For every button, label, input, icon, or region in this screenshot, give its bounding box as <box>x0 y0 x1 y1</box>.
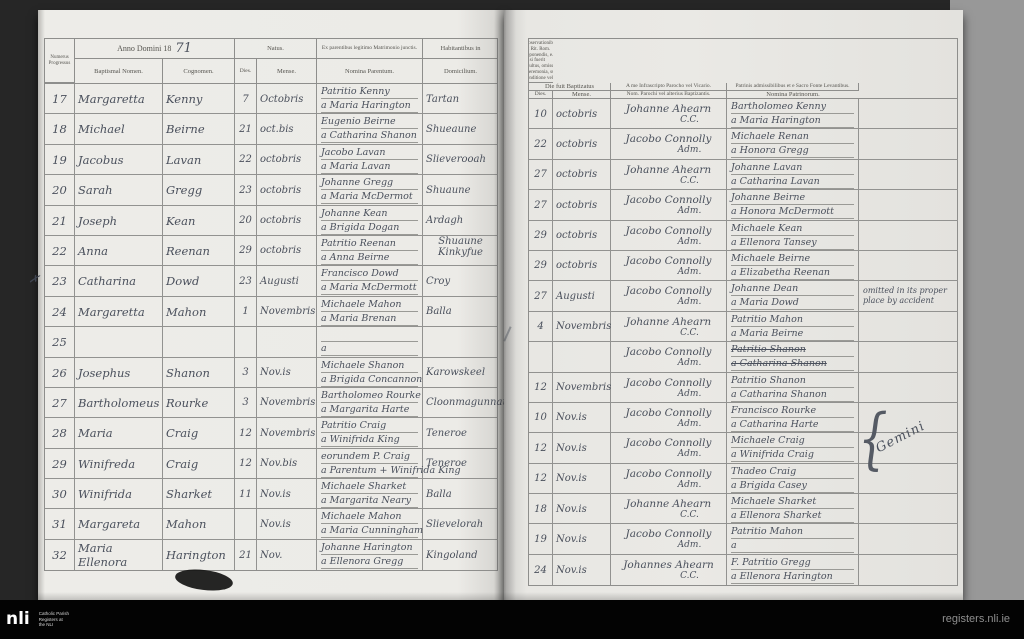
priest-name: Jacobo Connolly <box>626 528 712 540</box>
entry-number: 27 <box>45 388 75 418</box>
sponsor-2: a Maria Beirne <box>731 327 854 341</box>
birth-day: 1 <box>235 297 257 327</box>
domicile: Ardagh <box>423 206 498 236</box>
father-name: Jacobo Lavan <box>321 146 418 160</box>
baptism-day <box>529 342 553 372</box>
domicile-line: Karowskeel <box>426 367 485 378</box>
observations <box>859 221 958 251</box>
domicile-line: Balla <box>426 489 452 500</box>
sponsor-2: a Honora McDermott <box>731 205 854 219</box>
margin-cross-mark: ✗ <box>28 271 41 287</box>
mother-name: a Brigida Concannon <box>321 373 418 387</box>
parents-names: eorundem P. Craiga Parentum + Winifrida … <box>317 449 423 479</box>
domicile: ShuauneKinkyfue <box>423 236 498 266</box>
birth-day: 23 <box>235 175 257 205</box>
observation-note-line: place by accident <box>863 296 934 306</box>
mother-name: a Winifrida King <box>321 433 418 447</box>
baptismal-name: Maria Ellenora <box>75 540 163 570</box>
col-header-sponsor-sub: Nomina Patrinorum. <box>727 91 859 98</box>
register-row-left: 24MargarettaMahon1NovembrisMichaele Maho… <box>45 297 498 327</box>
mother-name: a Margarita Neary <box>321 494 418 508</box>
register-row-left: 30WinifridaSharket11Nov.isMichaele Shark… <box>45 479 498 509</box>
birth-day: 20 <box>235 206 257 236</box>
sponsors-names: Bartholomeo Kennya Maria Harington <box>727 99 859 129</box>
baptism-day: 10 <box>529 99 553 129</box>
baptizing-priest: Johanne AhearnC.C. <box>611 99 727 129</box>
priest-name: Jacobo Connolly <box>626 225 712 237</box>
priest-title: Adm. <box>678 480 702 490</box>
register-row-left: 22AnnaReenan29octobrisPatritio Reenana A… <box>45 236 498 266</box>
sponsor-1: Patritio Mahon <box>731 313 854 327</box>
domicile: Croy <box>423 266 498 296</box>
priest-title: Adm. <box>678 237 702 247</box>
parents-names: Michaele Mahona Maria Brenan <box>317 297 423 327</box>
baptizing-priest: Jacobo ConnollyAdm. <box>611 373 727 403</box>
priest-name: Jacobo Connolly <box>626 407 712 419</box>
sponsors-names: Patritio Shanona Catharina Shanon <box>727 342 859 372</box>
nli-caption-line: Catholic Parish <box>39 611 69 617</box>
baptism-day: 4 <box>529 312 553 342</box>
baptismal-name: Josephus <box>75 358 163 388</box>
mother-name: a Maria McDermott <box>321 281 418 295</box>
birth-month: Nov. <box>257 540 317 570</box>
register-row-right: 19Nov.isJacobo ConnollyAdm.Patritio Maho… <box>529 524 958 554</box>
entry-number: 26 <box>45 358 75 388</box>
col-header-nomina-parentum: Nomina Parentum. <box>317 59 423 83</box>
right-table-body: 10octobrisJohanne AhearnC.C.Bartholomeo … <box>529 99 957 585</box>
birth-day: 21 <box>235 114 257 144</box>
sponsor-1: F. Patritio Gregg <box>731 556 854 570</box>
birth-day: 22 <box>235 145 257 175</box>
observations <box>859 312 958 342</box>
cognomen <box>163 327 235 357</box>
cognomen: Mahon <box>163 297 235 327</box>
nli-logo-caption: Catholic Parish Registers at the NLI <box>39 611 69 628</box>
sponsors-names: Michaele Renana Honora Gregg <box>727 129 859 159</box>
parents-names: Johanne Haringtona Ellenora Gregg <box>317 540 423 570</box>
entry-number: 17 <box>45 84 75 114</box>
sponsors-names: Patritio Mahona Maria Beirne <box>727 312 859 342</box>
domicile: Cloonmagunnaune <box>423 388 498 418</box>
domicile: Teneroe <box>423 449 498 479</box>
col-header-habit-group: Habitantibus in <box>423 39 498 59</box>
domicile-line: Balla <box>426 306 452 317</box>
baptismal-name: Bartholomeus <box>75 388 163 418</box>
register-row-left: 31MargaretaMahonNov.isMichaele Mahona Ma… <box>45 509 498 539</box>
left-page: Numerus Progressus Anno Domini 18 71 Nat… <box>38 10 504 600</box>
register-row-left: 18MichaelBeirne21oct.bisEugenio Beirnea … <box>45 114 498 144</box>
col-header-cognomen: Cognomen. <box>163 59 235 83</box>
observations <box>859 251 958 281</box>
sponsors-names: Johanne Beirnea Honora McDermott <box>727 190 859 220</box>
birth-day: 12 <box>235 449 257 479</box>
cognomen: Beirne <box>163 114 235 144</box>
baptism-month: octobris <box>553 129 611 159</box>
register-row-right: 27octobrisJohanne AhearnC.C.Johanne Lava… <box>529 160 958 190</box>
parents-names: Michaele Shanona Brigida Concannon <box>317 358 423 388</box>
register-row-left: 17MargarettaKenny7OctobrisPatritio Kenny… <box>45 84 498 114</box>
domicile: Balla <box>423 479 498 509</box>
priest-name: Jacobo Connolly <box>626 255 712 267</box>
baptismal-name: Joseph <box>75 206 163 236</box>
baptismal-name: Margaretta <box>75 84 163 114</box>
baptism-month: Novembris <box>553 373 611 403</box>
priest-name: Johanne Ahearn <box>626 316 711 328</box>
domicile-line: Teneroe <box>426 458 467 469</box>
register-row-right: 29octobrisJacobo ConnollyAdm.Michaele Be… <box>529 251 958 281</box>
priest-title: C.C. <box>680 176 699 186</box>
register-row-right: 24Nov.isJohannes AhearnC.C.F. Patritio G… <box>529 555 958 585</box>
father-name: Johanne Gregg <box>321 176 418 190</box>
baptism-month: octobris <box>553 221 611 251</box>
priest-name: Jacobo Connolly <box>626 285 712 297</box>
register-scan: Numerus Progressus Anno Domini 18 71 Nat… <box>0 0 1024 639</box>
baptizing-priest: Johannes AhearnC.C. <box>611 555 727 585</box>
domicile-line: Slievelorah <box>426 519 483 530</box>
priest-title: Adm. <box>678 297 702 307</box>
mother-name: a Brigida Dogan <box>321 221 418 235</box>
baptizing-priest: Jacobo ConnollyAdm. <box>611 190 727 220</box>
entry-number: 28 <box>45 418 75 448</box>
domicile-line: Slieverooah <box>426 154 486 165</box>
sponsors-names: Michaele Sharketa Ellenora Sharket <box>727 494 859 524</box>
domicile-line: Shuaune <box>426 185 471 196</box>
entry-number: 18 <box>45 114 75 144</box>
sponsor-2: a Maria Harington <box>731 114 854 128</box>
baptism-day: 18 <box>529 494 553 524</box>
domicile: Balla <box>423 297 498 327</box>
priest-name: Jacobo Connolly <box>626 377 712 389</box>
domicile-line: Kinkyfue <box>438 247 483 258</box>
sponsors-names: Patritio Mahona <box>727 524 859 554</box>
mother-name: a Ellenora Gregg <box>321 555 418 569</box>
watermark-url: registers.nli.ie <box>942 613 1010 625</box>
mother-name: a Anna Beirne <box>321 251 418 265</box>
baptism-month: Nov.is <box>553 403 611 433</box>
baptismal-name <box>75 327 163 357</box>
parents-names: Johanne Keana Brigida Dogan <box>317 206 423 236</box>
mother-name: a Maria McDermot <box>321 190 418 204</box>
priest-name: Johanne Ahearn <box>626 498 711 510</box>
priest-title: Adm. <box>678 145 702 155</box>
birth-day <box>235 327 257 357</box>
col-header-bapt-mense: Mense. <box>553 91 611 98</box>
father-name: Johanne Harington <box>321 541 418 555</box>
mother-name: a Margarita Harte <box>321 403 418 417</box>
parents-names: Bartholomeo Rourkea Margarita Harte <box>317 388 423 418</box>
father-name: Eugenio Beirne <box>321 115 418 129</box>
col-header-natus: Natus. <box>235 39 317 59</box>
birth-month: Octobris <box>257 84 317 114</box>
baptismal-name: Jacobus <box>75 145 163 175</box>
birth-month: octobris <box>257 175 317 205</box>
priest-name: Johannes Ahearn <box>623 559 714 571</box>
baptizing-priest: Jacobo ConnollyAdm. <box>611 464 727 494</box>
baptism-day: 27 <box>529 190 553 220</box>
sponsor-2: a Ellenora Harington <box>731 570 854 584</box>
sponsor-1: Michaele Beirne <box>731 252 854 266</box>
baptizing-priest: Jacobo ConnollyAdm. <box>611 251 727 281</box>
priest-name: Johanne Ahearn <box>626 103 711 115</box>
birth-month: oct.bis <box>257 114 317 144</box>
observation-note-line: omitted in its proper <box>863 286 947 296</box>
domicile-line: Ardagh <box>426 215 463 226</box>
register-row-left: 28MariaCraig12NovembrisPatritio Craiga W… <box>45 418 498 448</box>
sponsor-2: a Honora Gregg <box>731 144 854 158</box>
register-row-right: 12Nov.isJacobo ConnollyAdm.Thadeo Craiga… <box>529 464 958 494</box>
domicile: Slievelorah <box>423 509 498 539</box>
register-row-right: 18Nov.isJohanne AhearnC.C.Michaele Shark… <box>529 494 958 524</box>
baptizing-priest: Jacobo ConnollyAdm. <box>611 221 727 251</box>
register-row-right: 10Nov.isJacobo ConnollyAdm.Francisco Rou… <box>529 403 958 433</box>
baptismal-name: Catharina <box>75 266 163 296</box>
sponsor-2: a Catharina Shanon <box>731 388 854 402</box>
birth-day: 12 <box>235 418 257 448</box>
col-header-sponsor-group: Patrinis admissibilibus et e Sacro Fonte… <box>727 83 859 91</box>
observations <box>859 464 958 494</box>
priest-name: Jacobo Connolly <box>626 133 712 145</box>
col-header-numerus: Numerus Progressus <box>45 39 75 83</box>
col-header-domicilium: Domicilium. <box>423 59 498 83</box>
sponsor-1: Johanne Beirne <box>731 191 854 205</box>
baptism-month: octobris <box>553 190 611 220</box>
priest-title: Adm. <box>678 206 702 216</box>
register-row-right: 27octobrisJacobo ConnollyAdm.Johanne Bei… <box>529 190 958 220</box>
col-header-observations: Observationibus ex Rit. Rom. apponendis,… <box>529 39 553 83</box>
baptismal-name: Margaretta <box>75 297 163 327</box>
nli-logo: nli Catholic Parish Registers at the NLI <box>6 611 69 628</box>
register-row-left: 19JacobusLavan22octobrisJacobo Lavana Ma… <box>45 145 498 175</box>
baptism-month: octobris <box>553 99 611 129</box>
baptizing-priest: Johanne AhearnC.C. <box>611 160 727 190</box>
observations <box>859 129 958 159</box>
baptism-day: 24 <box>529 555 553 585</box>
observations <box>859 494 958 524</box>
observations <box>859 99 958 129</box>
col-header-priest-group: A me Infrascripto Parocho vel Vicario. <box>611 83 727 91</box>
baptism-day: 29 <box>529 251 553 281</box>
baptism-month: Nov.is <box>553 555 611 585</box>
register-row-right: 22octobrisJacobo ConnollyAdm.Michaele Re… <box>529 129 958 159</box>
parents-names: Patritio Reenana Anna Beirne <box>317 236 423 266</box>
domicile-line: Tartan <box>426 94 459 105</box>
sponsor-1: Michaele Renan <box>731 130 854 144</box>
priest-title: Adm. <box>678 267 702 277</box>
entry-number: 20 <box>45 175 75 205</box>
baptism-month: Nov.is <box>553 464 611 494</box>
baptizing-priest: Jacobo ConnollyAdm. <box>611 281 727 311</box>
father-name: Francisco Dowd <box>321 267 418 281</box>
sponsors-names: Johanne Deana Maria Dowd <box>727 281 859 311</box>
father-name: Patritio Reenan <box>321 237 418 251</box>
parents-names: Patritio Kennya Maria Harington <box>317 84 423 114</box>
col-header-bapt-dies: Dies. <box>529 91 553 98</box>
birth-month: Nov.is <box>257 479 317 509</box>
sponsors-names: Johanne Lavana Catharina Lavan <box>727 160 859 190</box>
cognomen: Reenan <box>163 236 235 266</box>
sponsor-1: Francisco Rourke <box>731 404 854 418</box>
entry-number: 25 <box>45 327 75 357</box>
birth-month: Novembris <box>257 418 317 448</box>
baptism-month: Augusti <box>553 281 611 311</box>
baptismal-name: Sarah <box>75 175 163 205</box>
baptism-month: Nov.is <box>553 524 611 554</box>
left-table-header: Numerus Progressus Anno Domini 18 71 Nat… <box>45 39 497 84</box>
domicile: Slieverooah <box>423 145 498 175</box>
priest-name: Jacobo Connolly <box>626 346 712 358</box>
priest-name: Jacobo Connolly <box>626 468 712 480</box>
father-name: Michaele Sharket <box>321 480 418 494</box>
right-table-header: Die fuit Baptizatus A me Infrascripto Pa… <box>529 39 957 99</box>
sponsor-2: a Catharina Shanon <box>731 357 854 371</box>
sponsors-names: Patritio Shanona Catharina Shanon <box>727 373 859 403</box>
birth-month: Novembris <box>257 388 317 418</box>
priest-title: C.C. <box>680 571 699 581</box>
anno-domini-printed: Anno Domini 18 <box>117 44 171 53</box>
baptism-month: Novembris <box>553 312 611 342</box>
domicile: Shueaune <box>423 114 498 144</box>
col-header-parents-group: Ex parentibus legitimo Matrimonio juncti… <box>317 39 423 59</box>
birth-day: 3 <box>235 388 257 418</box>
birth-day: 7 <box>235 84 257 114</box>
parents-names: Michaele Sharketa Margarita Neary <box>317 479 423 509</box>
baptizing-priest: Jacobo ConnollyAdm. <box>611 342 727 372</box>
observations <box>859 555 958 585</box>
register-row-right: 27AugustiJacobo ConnollyAdm.Johanne Dean… <box>529 281 958 311</box>
baptism-month: Nov.is <box>553 494 611 524</box>
register-row-left: 25a <box>45 327 498 357</box>
domicile: Teneroe <box>423 418 498 448</box>
mother-name: a Parentum + Winifrida King <box>321 464 418 478</box>
domicile: Shuaune <box>423 175 498 205</box>
register-row-right: 12NovembrisJacobo ConnollyAdm.Patritio S… <box>529 373 958 403</box>
baptismal-name: Winifrida <box>75 479 163 509</box>
sponsor-1: Patritio Shanon <box>731 343 854 357</box>
birth-day: 3 <box>235 358 257 388</box>
cognomen: Kenny <box>163 84 235 114</box>
birth-month: Novembris <box>257 297 317 327</box>
mother-name: a Maria Cunningham <box>321 524 418 538</box>
sponsors-names: Thadeo Craiga Brigida Casey <box>727 464 859 494</box>
col-header-priest-sub: Nom. Parochi vel alterius Baptizantis. <box>611 91 727 98</box>
register-row-right: Jacobo ConnollyAdm.Patritio Shanona Cath… <box>529 342 958 372</box>
entry-number: 22 <box>45 236 75 266</box>
cognomen: Shanon <box>163 358 235 388</box>
baptizing-priest: Jacobo ConnollyAdm. <box>611 129 727 159</box>
register-row-left: 20SarahGregg23octobrisJohanne Gregga Mar… <box>45 175 498 205</box>
baptism-day: 12 <box>529 373 553 403</box>
col-header-anno-domini: Anno Domini 18 71 <box>75 39 235 59</box>
sponsor-1: Michaele Sharket <box>731 495 854 509</box>
birth-day: 21 <box>235 540 257 570</box>
domicile <box>423 327 498 357</box>
parents-names: Francisco Dowda Maria McDermott <box>317 266 423 296</box>
register-row-left: 32Maria EllenoraHarington21Nov.Johanne H… <box>45 540 498 570</box>
mother-name: a Maria Brenan <box>321 312 418 326</box>
observations <box>859 190 958 220</box>
father-name: eorundem P. Craig <box>321 450 418 464</box>
baptizing-priest: Johanne AhearnC.C. <box>611 312 727 342</box>
page-gutter-shadow <box>494 10 516 600</box>
father-name <box>321 328 418 342</box>
baptismal-name: Anna <box>75 236 163 266</box>
priest-title: Adm. <box>678 540 702 550</box>
entry-number: 24 <box>45 297 75 327</box>
sponsor-2: a Maria Dowd <box>731 296 854 310</box>
cognomen: Craig <box>163 449 235 479</box>
priest-title: C.C. <box>680 328 699 338</box>
sponsor-2: a Catharina Harte <box>731 418 854 432</box>
entry-number: 19 <box>45 145 75 175</box>
sponsor-2: a Ellenora Tansey <box>731 236 854 250</box>
parents-names: Eugenio Beirnea Catharina Shanon <box>317 114 423 144</box>
mother-name: a Maria Lavan <box>321 160 418 174</box>
father-name: Michaele Mahon <box>321 510 418 524</box>
nli-caption-line: the NLI <box>39 622 69 628</box>
mother-name: a <box>321 342 418 356</box>
entry-number: 21 <box>45 206 75 236</box>
domicile-line: Kingoland <box>426 550 478 561</box>
father-name: Bartholomeo Rourke <box>321 389 418 403</box>
baptism-day: 12 <box>529 433 553 463</box>
baptismal-name: Winifreda <box>75 449 163 479</box>
priest-title: Adm. <box>678 449 702 459</box>
birth-month: Nov.is <box>257 509 317 539</box>
sponsors-names: F. Patritio Gregga Ellenora Harington <box>727 555 859 585</box>
cognomen: Mahon <box>163 509 235 539</box>
domicile: Kingoland <box>423 540 498 570</box>
parents-names: Patritio Craiga Winifrida King <box>317 418 423 448</box>
baptismal-name: Margareta <box>75 509 163 539</box>
domicile-line: Teneroe <box>426 428 467 439</box>
parents-names: Michaele Mahona Maria Cunningham <box>317 509 423 539</box>
birth-month: octobris <box>257 206 317 236</box>
entry-number: 29 <box>45 449 75 479</box>
observations <box>859 433 958 463</box>
register-row-left: 29WinifredaCraig12Nov.biseorundem P. Cra… <box>45 449 498 479</box>
register-row-left: 27BartholomeusRourke3NovembrisBartholome… <box>45 388 498 418</box>
col-header-dies: Dies. <box>235 59 257 83</box>
cognomen: Craig <box>163 418 235 448</box>
baptizing-priest: Johanne AhearnC.C. <box>611 494 727 524</box>
sponsor-2: a Brigida Casey <box>731 479 854 493</box>
observations <box>859 160 958 190</box>
priest-title: C.C. <box>680 115 699 125</box>
priest-title: Adm. <box>678 358 702 368</box>
cognomen: Lavan <box>163 145 235 175</box>
parents-names: Johanne Gregga Maria McDermot <box>317 175 423 205</box>
sponsors-names: Francisco Rourkea Catharina Harte <box>727 403 859 433</box>
baptism-day: 27 <box>529 160 553 190</box>
parents-names: Jacobo Lavana Maria Lavan <box>317 145 423 175</box>
sponsor-2: a Winifrida Craig <box>731 448 854 462</box>
observations <box>859 342 958 372</box>
baptismal-name: Maria <box>75 418 163 448</box>
priest-title: Adm. <box>678 419 702 429</box>
baptism-month: octobris <box>553 160 611 190</box>
register-row-left: 26JosephusShanon3Nov.isMichaele Shanona … <box>45 358 498 388</box>
mother-name: a Maria Harington <box>321 99 418 113</box>
baptism-day: 29 <box>529 221 553 251</box>
right-table: Die fuit Baptizatus A me Infrascripto Pa… <box>528 38 958 586</box>
entry-number: 23✗ <box>45 266 75 296</box>
entry-number: 31 <box>45 509 75 539</box>
domicile: Tartan <box>423 84 498 114</box>
father-name: Johanne Kean <box>321 207 418 221</box>
baptism-month: Nov.is <box>553 433 611 463</box>
sponsor-1: Bartholomeo Kenny <box>731 100 854 114</box>
priest-name: Jacobo Connolly <box>626 437 712 449</box>
